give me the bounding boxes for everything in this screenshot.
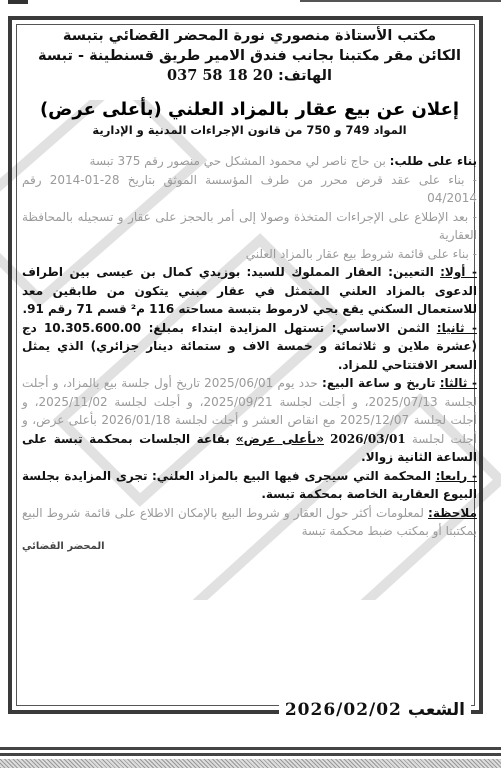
note-text: لمعلومات أكثر حول العقار و شروط البيع با… [22, 506, 477, 539]
notice-subtitle: المواد 749 و 750 من قانون الإجراءات المد… [22, 122, 477, 138]
intro-lead: بناء على طلب: بن حاج ناصر لي محمود المشك… [22, 152, 477, 171]
intro-paragraph-3: - بعد الإطلاع على الإجراءات المتخذة وصول… [22, 208, 477, 245]
lead-label: بناء على طلب: [390, 154, 477, 168]
phone-label: الهاتف: [278, 68, 332, 84]
scan-mark [8, 0, 28, 4]
note-label: ملاحظة: [428, 506, 477, 520]
scan-rule [300, 0, 501, 2]
section-label: - رابعا: [436, 469, 477, 483]
section-heading: الثمن الاساسي: تستهل المزايدة ابتداء بمب… [44, 321, 430, 335]
scan-top-marks [0, 0, 501, 6]
notice-content: مكتب الأستاذة منصوري نورة المحضر القضائي… [22, 26, 477, 552]
newspaper-name: الشعب [408, 700, 465, 720]
section-second: - ثانيا: الثمن الاساسي: تستهل المزايدة ا… [22, 319, 477, 375]
lead-text: بن حاج ناصر لي محمود المشكل حي منصور رقم… [90, 154, 386, 168]
notice-title: إعلان عن بيع عقار بالمزاد العلني (بأعلى … [22, 98, 477, 122]
divider [0, 753, 501, 756]
bailiff-signature: المحضر القضائي [22, 541, 105, 552]
section-fourth: - رابعا: المحكمة التي سيجرى فيها البيع ب… [22, 467, 477, 504]
divider [0, 747, 501, 750]
signature-row: المحضر القضائي [22, 541, 477, 552]
intro-paragraph-4: - بناء على قائمة شروط بيع عقار بالمزاد ا… [22, 245, 477, 264]
section-third: - ثالثا: تاريخ و ساعة البيع: حدد يوم 202… [22, 374, 477, 467]
scan-bottom-rules [0, 745, 501, 768]
section-heading: التعيين: العقار المملوك للسيد: [247, 265, 434, 279]
auction-date: 2026/03/01 [330, 432, 406, 446]
office-line: مكتب الأستاذة منصوري نورة المحضر القضائي… [22, 26, 477, 46]
publication-footer: الشعب 2026/02/02 [279, 700, 471, 720]
note-paragraph: ملاحظة: لمعلومات أكثر حول العقار و شروط … [22, 504, 477, 541]
section-label: - أولا: [440, 265, 477, 279]
address-line: الكائن مقر مكتبنا بجانب فندق الامير طريق… [22, 46, 477, 66]
section-first: - أولا: التعيين: العقار المملوك للسيد: ب… [22, 263, 477, 319]
scan-texture [0, 759, 501, 768]
intro-paragraph-2: - بناء على عقد قرض محرر من طرف المؤسسة ا… [22, 171, 477, 208]
phone-number: 037 58 18 20 [167, 67, 273, 84]
publication-date: 2026/02/02 [285, 700, 402, 720]
section-heading: تاريخ و ساعة البيع: [322, 376, 435, 390]
section-label: - ثانيا: [437, 321, 477, 335]
section-heading: المحكمة التي سيجرى فيها البيع بالمزاد ال… [152, 469, 431, 483]
highest-bid-label: «بأعلى عرض» [236, 432, 324, 446]
phone-line: الهاتف: 037 58 18 20 [22, 66, 477, 86]
section-label: - ثالثا: [440, 376, 477, 390]
